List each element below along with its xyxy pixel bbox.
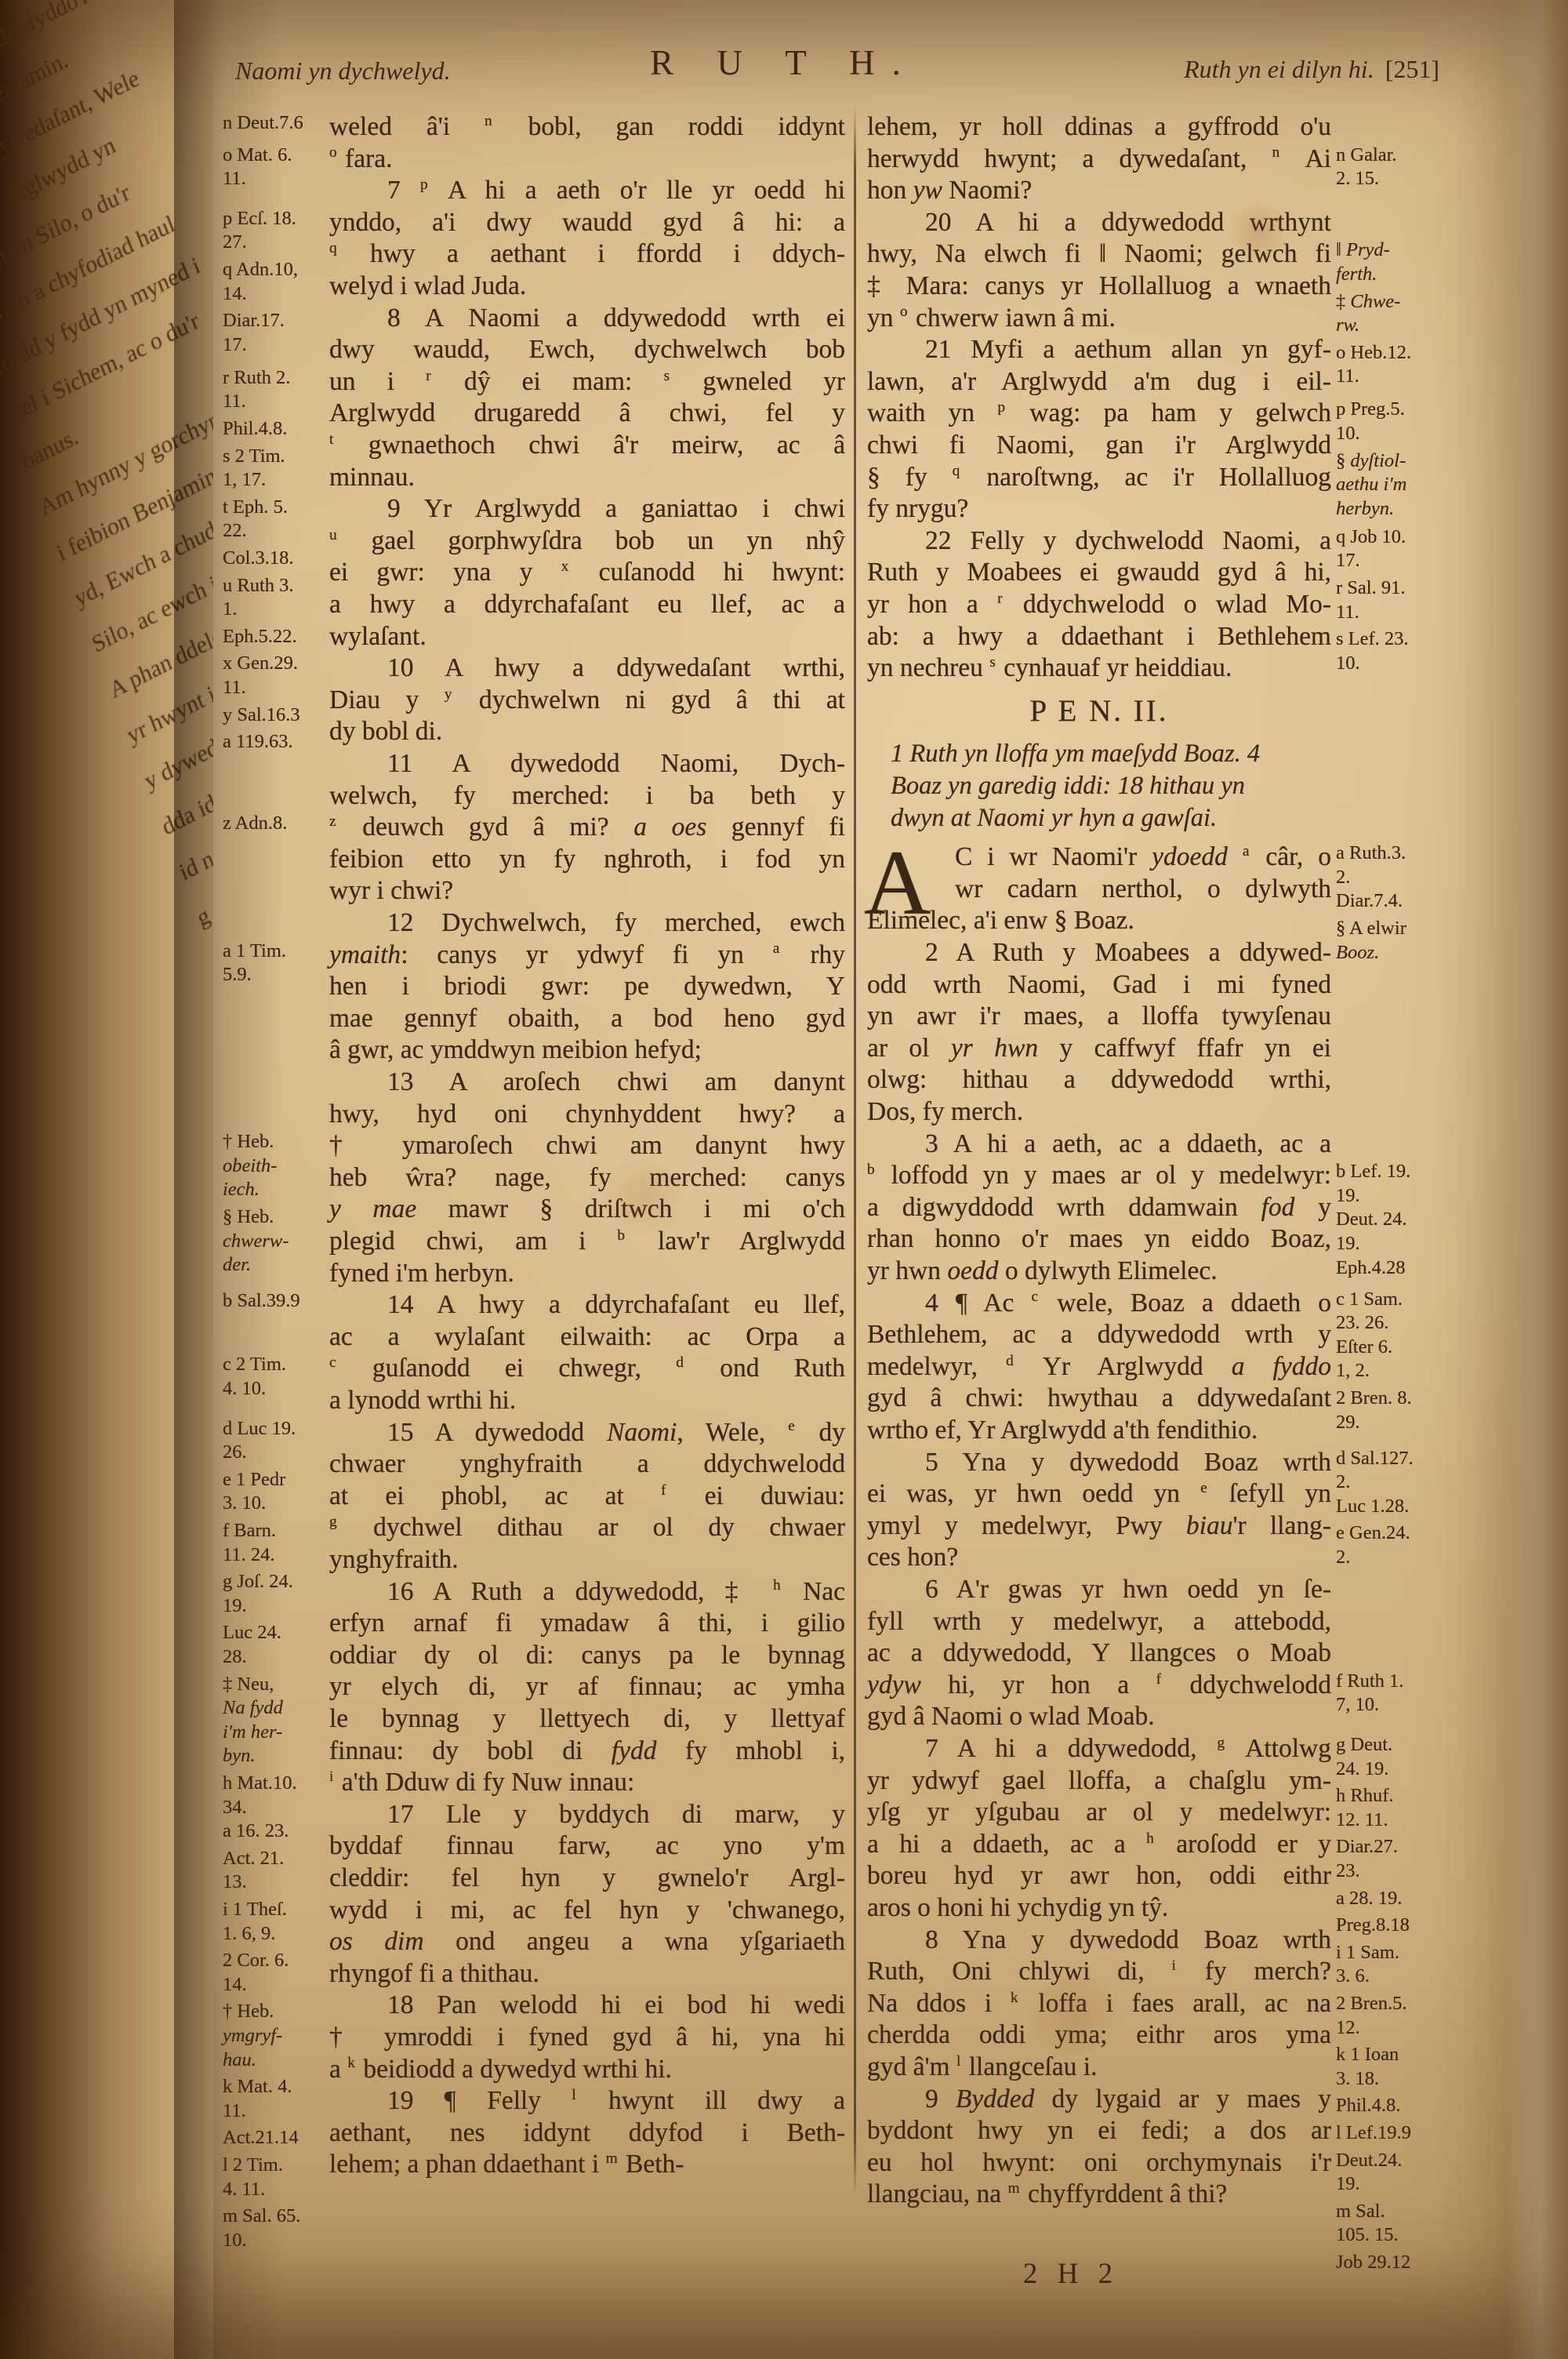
text-line: b loffodd yn y maes ar ol y medelwyr: <box>867 1160 1331 1192</box>
text-line: wylaſant. <box>329 621 845 653</box>
margin-note: Luc 24. <box>223 1621 281 1645</box>
margin-note: c 1 Sam. <box>1336 1288 1403 1311</box>
margin-note: f Barn. <box>223 1519 276 1543</box>
margin-note: Diar.27. <box>1336 1835 1398 1859</box>
margin-note: ‖ Pryd- <box>1336 238 1390 262</box>
margin-note: 27. <box>223 231 247 254</box>
text-line: dy bobl di. <box>329 716 845 748</box>
text-line: 4 ¶ Ac c wele, Boaz a ddaeth o <box>867 1288 1331 1320</box>
text-line: mae gennyf obaith, a bod heno gyd <box>329 1003 845 1035</box>
text-line: 2 A Ruth y Moabees a ddywed- <box>867 937 1331 969</box>
margin-note: 1. 6, 9. <box>223 1922 275 1946</box>
margin-note: a 28. 19. <box>1336 1887 1402 1910</box>
text-line: P E N. II. <box>867 696 1331 728</box>
text-line: cleddir: fel hyn y gwnelo'r Argl- <box>329 1863 845 1895</box>
text-line: t gwnaethoch chwi â'r meirw, ac â <box>329 430 845 462</box>
text-line: 8 A Naomi a ddywedodd wrth ei <box>329 303 845 335</box>
text-line: hwy, hyd oni chynhyddent hwy? a <box>329 1099 845 1131</box>
text-line: Elimelec, a'i enw § Boaz. <box>867 905 1331 937</box>
text-line: ‡ Mara: canys yr Hollalluog a wnaeth <box>867 271 1331 303</box>
margin-note: r Sal. 91. <box>1336 576 1405 600</box>
text-line: Na ddos i k loffa i faes arall, ac na <box>867 1988 1331 2020</box>
margin-note: 28. <box>223 1645 247 1669</box>
margin-note: s 2 Tim. <box>223 445 285 468</box>
text-line: yr hwn oedd o dylwyth Elimelec. <box>867 1256 1331 1288</box>
margin-note: a 16. 23. <box>223 1819 289 1843</box>
text-line: 16 A Ruth a ddywedodd, ‡ h Nac <box>329 1576 845 1608</box>
text-line: gyd â chwi: hwythau a ddywedaſant <box>867 1383 1331 1415</box>
text-line: feibion etto yn fy nghroth, i fod yn <box>329 844 845 876</box>
margin-note: o Heb.12. <box>1336 341 1411 365</box>
margin-note: 19. <box>1336 1232 1360 1256</box>
text-line: ymyl y medelwyr, Pwy biau'r llang- <box>867 1510 1331 1543</box>
margin-note: 19. <box>223 1594 247 1618</box>
margin-note: e Gen.24. <box>1336 1521 1410 1545</box>
margin-note: chwerw- <box>223 1230 289 1253</box>
text-line: aethant, nes iddynt ddyfod i Beth- <box>329 2117 845 2150</box>
margin-note: 11. <box>1336 365 1359 388</box>
text-line: welyd i wlad Juda. <box>329 271 845 303</box>
margin-note: 1, 2. <box>1336 1359 1370 1383</box>
text-line: yr elych di, yr af finnau; ac ymha <box>329 1671 845 1703</box>
margin-note: u Ruth 3. <box>223 574 294 598</box>
margin-note: l Lef.19.9 <box>1336 2121 1411 2145</box>
text-line: lawn, a'r Arglwydd a'm dug i eil- <box>867 366 1331 398</box>
margin-note: § dyſtiol- <box>1336 449 1406 473</box>
text-line: i a'th Dduw di fy Nuw innau: <box>329 1767 845 1799</box>
text-line: z deuwch gyd â mi? a oes gennyf fi <box>329 812 845 844</box>
margin-note: † Heb. <box>223 2000 274 2023</box>
margin-note: 17. <box>1336 549 1360 572</box>
margin-note: p Ecſ. 18. <box>223 207 296 231</box>
text-line: ei gwr: yna y x cuſanodd hi hwynt: <box>329 557 845 589</box>
text-line: yr ydwyf gael lloffa, a chaſglu ym- <box>867 1765 1331 1797</box>
margin-note: Deut. 24. <box>1336 1208 1407 1231</box>
margin-note: 2. 15. <box>1336 167 1379 191</box>
margin-note: 11. <box>223 390 246 413</box>
margin-note: Act.21.14 <box>223 2126 299 2150</box>
margin-note: n Deut.7.6 <box>223 111 303 135</box>
text-line: ac a wylaſant eilwaith: ac Orpa a <box>329 1321 845 1354</box>
margin-note: 7, 10. <box>1336 1693 1379 1717</box>
text-line: ces hon? <box>867 1542 1331 1574</box>
margin-note: 17. <box>223 333 247 357</box>
text-line: gyd â'm l llangceſau i. <box>867 2052 1331 2084</box>
text-line: a k beidiodd a dywedyd wrthi hi. <box>329 2054 845 2086</box>
margin-note: herbyn. <box>1336 497 1394 521</box>
margin-note: Eph.4.28 <box>1336 1256 1405 1280</box>
margin-note: ferth. <box>1336 263 1377 286</box>
margin-note: 2. <box>1336 1470 1350 1494</box>
text-line: cherdda oddi yma; eithr aros yma <box>867 2019 1331 2052</box>
margin-note: Diar.17. <box>223 309 285 333</box>
text-line: welwch, fy merched: i ba beth y <box>329 780 845 812</box>
text-line: 1 Ruth yn lloffa ym maeſydd Boaz. 4 <box>867 738 1331 770</box>
margin-note: 26. <box>223 1441 247 1464</box>
text-line: 19 ¶ Felly l hwynt ill dwy a <box>329 2085 845 2117</box>
margin-note: k Mat. 4. <box>223 2075 292 2099</box>
margin-note: g Deut. <box>1336 1733 1392 1757</box>
facing-page-edge: gedd o'n merched ni: canysIſrael a dynga… <box>0 0 213 2359</box>
text-line: un i r dŷ ei mam: s gwneled yr <box>329 366 845 398</box>
text-line: wydd i mi, ac fel hyn y 'chwanego, <box>329 1895 845 1927</box>
margin-note: 19. <box>1336 2172 1360 2196</box>
text-line: Ruth, Oni chlywi di, i fy merch? <box>867 1956 1331 1988</box>
text-line: † ymaroſech chwi am danynt hwy <box>329 1130 845 1162</box>
margin-note: 2. <box>1336 866 1350 889</box>
margin-note: 3. 18. <box>1336 2067 1379 2091</box>
text-line: 18 Pan welodd hi ei bod hi wedi <box>329 1990 845 2022</box>
signature-mark: 2 H 2 <box>867 2257 1275 2291</box>
text-line: yſg yr yſgubau ar ol y medelwyr: <box>867 1797 1331 1829</box>
margin-note: obeith- <box>223 1154 277 1178</box>
text-line: chwaer ynghyfraith a ddychwelodd <box>329 1448 845 1481</box>
text-line: chwi fi Naomi, gan i'r Arglwydd <box>867 430 1331 462</box>
margin-note: 10. <box>1336 422 1360 445</box>
text-line: † ymroddi i fyned gyd â hi, yna hi <box>329 2022 845 2054</box>
margin-note: i 1 Sam. <box>1336 1941 1399 1965</box>
text-line: 13 A aroſech chwi am danynt <box>329 1067 845 1099</box>
text-line: byddont hwy yn ei fedi; a dos ar <box>867 2115 1331 2147</box>
text-line: lehem; a phan ddaethant i m Beth- <box>329 2149 845 2181</box>
margin-note: Luc 1.28. <box>1336 1495 1409 1518</box>
text-line: olwg: hithau a ddywedodd wrthi, <box>867 1064 1331 1096</box>
text-line: Dos, fy merch. <box>867 1096 1331 1129</box>
text-line: 14 A hwy a ddyrchafaſant eu llef, <box>329 1289 845 1321</box>
margin-note: q Adn.10, <box>223 258 298 282</box>
margin-note: n Galar. <box>1336 144 1397 167</box>
margin-note: x Gen.29. <box>223 652 298 675</box>
margin-note: 14. <box>223 282 247 306</box>
text-line: waith yn p wag: pa ham y gelwch <box>867 398 1331 430</box>
text-line: 11 A dywedodd Naomi, Dych- <box>329 748 845 780</box>
text-line: fyned i'm herbyn. <box>329 1258 845 1290</box>
margin-note: aethu i'm <box>1336 473 1406 496</box>
column-divider-rule <box>854 106 856 2196</box>
text-line: ab: a hwy a ddaethant i Bethlehem <box>867 621 1331 653</box>
text-line: 8 Yna y dywedodd Boaz wrth <box>867 1925 1331 1957</box>
margin-note: m Sal. 65. <box>223 2205 300 2228</box>
text-line: dwyn at Naomi yr hyn a gawſai. <box>867 802 1331 834</box>
text-line: fyll wrth y medelwyr, a attebodd, <box>867 1606 1331 1638</box>
text-line: yr hon a r ddychwelodd o wlad Mo- <box>867 589 1331 621</box>
text-line: ymaith: canys yr ydwyf fi yn a rhy <box>329 940 845 972</box>
chapter-drop-cap: A <box>864 837 931 929</box>
margin-note: byn. <box>223 1744 256 1768</box>
text-line: wrtho ef, Yr Arglwydd a'th fendithio. <box>867 1415 1331 1447</box>
text-line: a digwyddodd wrth ddamwain fod y <box>867 1192 1331 1224</box>
text-line: wyr i chwi? <box>329 875 845 907</box>
text-line: 3 A hi a aeth, ac a ddaeth, ac a <box>867 1129 1331 1161</box>
text-line: gyd â Naomi o wlad Moab. <box>867 1701 1331 1733</box>
margin-note: Preg.8.18 <box>1336 1914 1410 1937</box>
text-line: plegid chwi, am i b law'r Arglwydd <box>329 1226 845 1258</box>
margin-note: 4. 11. <box>223 2178 265 2201</box>
margin-note: 4. 10. <box>223 1377 266 1401</box>
margin-note: der. <box>223 1253 251 1277</box>
left-column-text: weled â'i n bobl, gan roddi iddynto fara… <box>329 0 845 2212</box>
text-line: g dychwel dithau ar ol dy chwaer <box>329 1512 845 1544</box>
text-line: hwy, Na elwch fi ‖ Naomi; gelwch fi <box>867 238 1331 271</box>
margin-note: b Lef. 19. <box>1336 1160 1410 1183</box>
margin-note: rw. <box>1336 314 1359 337</box>
text-line: 20 A hi a ddywedodd wrthynt <box>867 207 1331 239</box>
text-line: § fy q naroſtwng, ac i'r Hollalluog <box>867 462 1331 494</box>
margin-note: i'm her- <box>223 1721 282 1744</box>
margin-note: § Heb. <box>223 1205 274 1229</box>
margin-note: 19. <box>1336 1184 1360 1208</box>
margin-note: 34. <box>223 1796 247 1819</box>
margin-note: o Mat. 6. <box>223 144 292 167</box>
margin-note: e 1 Pedr <box>223 1468 285 1492</box>
text-line: Bethlehem, ac a ddywedodd wrth y <box>867 1319 1331 1351</box>
margin-note: 23. <box>1336 1859 1360 1883</box>
text-line: 6 A'r gwas yr hwn oedd yn ſe- <box>867 1574 1331 1606</box>
margin-note: a 1 Tim. <box>223 940 286 963</box>
text-line: os dim ond angeu a wna yſgariaeth <box>329 1926 845 1958</box>
margin-note: 12. <box>1336 2016 1360 2040</box>
text-line: u gael gorphwyſdra bob un yn nhŷ <box>329 525 845 558</box>
text-line: odd wrth Naomi, Gad i mi fyned <box>867 969 1331 1001</box>
margin-note: Job 29.12 <box>1336 2251 1410 2274</box>
text-line: ac a ddywedodd, Y llangces o Moab <box>867 1637 1331 1670</box>
text-line: â gwr, ac ymddwyn meibion hefyd; <box>329 1034 845 1067</box>
margin-note: Diar.7.4. <box>1336 889 1403 913</box>
margin-note: 11. <box>1336 601 1359 624</box>
margin-note: b Sal.39.9 <box>223 1289 300 1313</box>
margin-note: c 2 Tim. <box>223 1353 286 1376</box>
margin-note: 10. <box>1336 652 1360 675</box>
text-line: 7 A hi a ddywedodd, g Attolwg <box>867 1733 1331 1765</box>
margin-note: p Preg.5. <box>1336 398 1405 421</box>
margin-note: hau. <box>223 2048 256 2072</box>
margin-note: 3. 6. <box>1336 1965 1370 1988</box>
text-line: 9 Bydded dy lygaid ar y maes y <box>867 2084 1331 2116</box>
text-line: oddiar dy ol di: canys pa le bynnag <box>329 1640 845 1672</box>
margin-note: r Ruth 2. <box>223 366 290 390</box>
margin-note: 24. 19. <box>1336 1757 1388 1781</box>
text-line: herwydd hwynt; a dywedaſant, n Ai <box>867 144 1331 176</box>
text-line: a hwy a ddyrchafaſant eu llef, ac a <box>329 589 845 621</box>
margin-note: 29. <box>1336 1411 1360 1434</box>
margin-note: 14. <box>223 1973 247 1997</box>
text-line: 9 Yr Arglwydd a ganiattao i chwi <box>329 493 845 525</box>
text-line: rhyngof fi a thithau. <box>329 1958 845 1990</box>
text-line: eu hol hwynt: oni orchymynais i'r <box>867 2147 1331 2179</box>
text-line: c guſanodd ei chwegr, d ond Ruth <box>329 1353 845 1385</box>
margin-note: 22. <box>223 519 247 543</box>
text-line: dwy waudd, Ewch, dychwelwch bob <box>329 334 845 366</box>
margin-note: ‡ Chwe- <box>1336 290 1400 314</box>
text-line: 21 Myfi a aethum allan yn gyf- <box>867 334 1331 366</box>
text-line: Ruth y Moabees ei gwaudd gyd â hi, <box>867 557 1331 589</box>
right-column-text: lehem, yr holl ddinas a gyffrodd o'uherw… <box>867 0 1331 2212</box>
margin-note: 105. 15. <box>1336 2223 1399 2247</box>
margin-note: 1, 17. <box>223 468 266 492</box>
text-line: ar ol yr hwn y caffwyf ffafr yn ei <box>867 1033 1331 1065</box>
margin-note: d Sal.127. <box>1336 1447 1414 1470</box>
text-line: erfyn arnaf fi ymadaw â thi, i gilio <box>329 1608 845 1640</box>
margin-note: † Heb. <box>223 1130 274 1154</box>
text-line: medelwyr, d Yr Arglwydd a fyddo <box>867 1351 1331 1383</box>
margin-note: 10. <box>223 2229 247 2252</box>
margin-note: Phil.4.8. <box>1336 2094 1400 2117</box>
margin-note: 2 Bren. 8. <box>1336 1387 1412 1410</box>
margin-note: iech. <box>223 1178 260 1201</box>
margin-note: g Joſ. 24. <box>223 1570 293 1594</box>
text-line: yn awr i'r maes, a lloffa tywyſenau <box>867 1001 1331 1033</box>
margin-note: h Rhuf. <box>1336 1784 1394 1808</box>
text-line: aros o honi hi ychydig yn tŷ. <box>867 1892 1331 1925</box>
margin-note: Col.3.18. <box>223 547 294 570</box>
margin-note: a Ruth.3. <box>1336 841 1406 865</box>
margin-note: 2 Cor. 6. <box>223 1949 289 1972</box>
left-margin-notes: n Deut.7.6o Mat. 6.11.p Ecſ. 18.27.q Adn… <box>223 0 328 2212</box>
text-line: a lynodd wrthi hi. <box>329 1385 845 1417</box>
margin-note: k 1 Ioan <box>1336 2043 1399 2066</box>
text-line: boreu hyd yr awr hon, oddi eithr <box>867 1860 1331 1892</box>
margin-note: Eſter 6. <box>1336 1336 1392 1359</box>
text-line: C i wr Naomi'r ydoedd a câr, o <box>867 841 1331 874</box>
margin-note: 11. <box>223 676 246 700</box>
margin-note: § A elwir <box>1336 917 1406 940</box>
margin-note: Act. 21. <box>223 1847 284 1870</box>
margin-note: a 119.63. <box>223 730 293 754</box>
text-line: at ei phobl, ac at f ei duwiau: <box>329 1481 845 1513</box>
margin-note: q Job 10. <box>1336 525 1406 549</box>
text-line: q hwy a aethant i ffordd i ddych- <box>329 238 845 271</box>
margin-note: Booz. <box>1336 941 1379 965</box>
text-line: yn o chwerw iawn â mi. <box>867 303 1331 335</box>
text-line: 17 Lle y byddych di marw, y <box>329 1799 845 1831</box>
margin-note: 1. <box>223 598 237 621</box>
text-line: y mae mawr § driſtwch i mi o'ch <box>329 1194 845 1226</box>
text-line: 15 A dywedodd Naomi, Wele, e dy <box>329 1417 845 1449</box>
margin-note: y Sal.16.3 <box>223 703 300 727</box>
text-line: Boaz yn garedig iddi: 18 hithau yn <box>867 770 1331 802</box>
margin-note: i 1 Theſ. <box>223 1898 287 1921</box>
margin-note: ymgryf- <box>223 2024 282 2048</box>
text-line: 5 Yna y dywedodd Boaz wrth <box>867 1447 1331 1479</box>
text-line: fy nrygu? <box>867 493 1331 525</box>
margin-note: z Adn.8. <box>223 812 287 835</box>
margin-note: 11. <box>223 2099 246 2123</box>
margin-note: h Mat.10. <box>223 1772 297 1795</box>
text-line: hen i briodi gwr: pe dywedwn, Y <box>329 971 845 1003</box>
margin-note: s Lef. 23. <box>1336 627 1409 651</box>
margin-note: l 2 Tim. <box>223 2154 283 2177</box>
text-line: ynddo, a'i dwy waudd gyd â hi: a <box>329 207 845 239</box>
text-line: lehem, yr holl ddinas a gyffrodd o'u <box>867 111 1331 144</box>
text-line: wr cadarn nerthol, o dylwyth <box>867 874 1331 906</box>
text-line: Arglwydd drugaredd â chwi, fel y <box>329 398 845 430</box>
text-line: 10 A hwy a ddywedaſant wrthi, <box>329 652 845 685</box>
margin-note: 12. 11. <box>1336 1808 1388 1832</box>
margin-note: 5.9. <box>223 963 252 987</box>
margin-note: f Ruth 1. <box>1336 1670 1403 1693</box>
text-line: byddaf finnau farw, ac yno y'm <box>329 1830 845 1863</box>
margin-note: 3. 10. <box>223 1492 266 1515</box>
text-line: ynghyfraith. <box>329 1544 845 1576</box>
margin-note: Na fydd <box>223 1696 283 1720</box>
text-line: llangciau, na m chyffyrddent â thi? <box>867 2179 1331 2211</box>
text-line: yn nechreu s cynhauaf yr heiddiau. <box>867 652 1331 685</box>
text-line: 7 p A hi a aeth o'r lle yr oedd hi <box>329 175 845 207</box>
text-line: Diau y y dychwelwn ni gyd â thi at <box>329 685 845 717</box>
margin-note: ‡ Neu, <box>223 1673 274 1696</box>
margin-note: Deut.24. <box>1336 2149 1402 2172</box>
margin-note: m Sal. <box>1336 2200 1385 2223</box>
text-line: o fara. <box>329 144 845 176</box>
margin-note: 11. <box>223 167 246 191</box>
right-margin-notes: n Galar.2. 15.‖ Pryd-ferth.‡ Chwe-rw.o H… <box>1336 0 1516 2212</box>
margin-note: 23. 26. <box>1336 1311 1388 1335</box>
text-line: minnau. <box>329 462 845 494</box>
scanned-bible-page: gedd o'n merched ni: canysIſrael a dynga… <box>0 0 1568 2359</box>
margin-note: 2 Bren.5. <box>1336 1992 1407 2016</box>
text-line: 12 Dychwelwch, fy merched, ewch <box>329 907 845 940</box>
text-line: heb ŵra? nage, fy merched: canys <box>329 1162 845 1194</box>
margin-note: 13. <box>223 1870 247 1894</box>
text-line: le bynnag y llettyech di, y llettyaf <box>329 1703 845 1736</box>
text-line: a hi a ddaeth, ac a h aroſodd er y <box>867 1829 1331 1861</box>
text-line: ei was, yr hwn oedd yn e ſefyll yn <box>867 1478 1331 1510</box>
margin-note: d Luc 19. <box>223 1417 296 1441</box>
text-line: 22 Felly y dychwelodd Naomi, a <box>867 525 1331 558</box>
margin-note: 2. <box>1336 1546 1350 1569</box>
margin-note: Eph.5.22. <box>223 625 297 649</box>
margin-note: 11. 24. <box>223 1543 274 1567</box>
text-line: hon yw Naomi? <box>867 175 1331 207</box>
margin-note: t Eph. 5. <box>223 496 288 519</box>
text-line: finnau: dy bobl di fydd fy mhobl i, <box>329 1736 845 1768</box>
text-line: rhan honno o'r maes yn eiddo Boaz, <box>867 1223 1331 1256</box>
text-line: weled â'i n bobl, gan roddi iddynt <box>329 111 845 144</box>
margin-note: Phil.4.8. <box>223 417 287 441</box>
text-line: ydyw hi, yr hon a f ddychwelodd <box>867 1670 1331 1702</box>
facing-page-text: gedd o'n merched ni: canysIſrael a dynga… <box>0 0 213 2221</box>
